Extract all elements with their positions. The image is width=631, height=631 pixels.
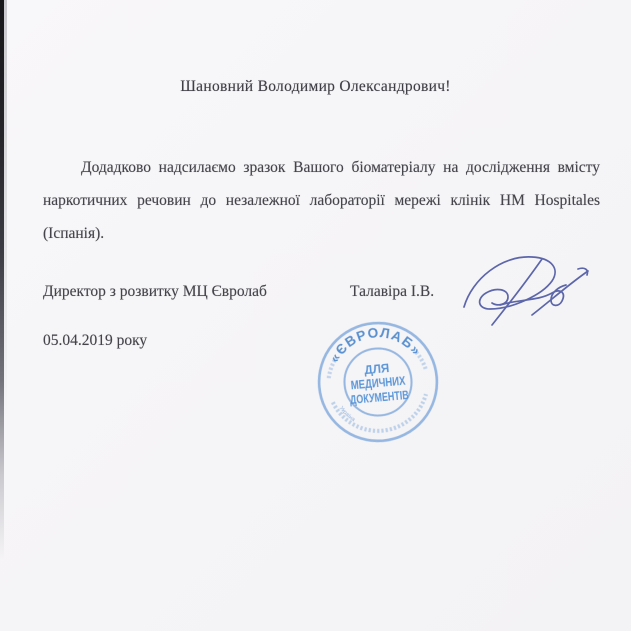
scan-edge-shadow-soft bbox=[4, 0, 7, 420]
stamp: «ЄВРОЛАБ» Україна ДЛЯ МЕДИЧНИХ ДОКУМЕНТІ… bbox=[308, 312, 449, 453]
stamp-center-line-1: ДЛЯ bbox=[364, 362, 390, 377]
letter-date: 05.04.2019 року bbox=[43, 332, 147, 350]
letter-salutation: Шановний Володимир Олександрович! bbox=[0, 78, 631, 96]
letter-body: Додадково надсилаємо зразок Вашого біома… bbox=[43, 151, 600, 250]
signer-name: Талавіра І.В. bbox=[350, 283, 434, 301]
signature-stroke-loop bbox=[464, 257, 555, 309]
signature-stroke-diagonal bbox=[492, 259, 542, 325]
body-line-2: наркотичних речовин до незалежної лабора… bbox=[43, 184, 600, 217]
signature-image bbox=[448, 243, 598, 343]
stamp-arc-text-group: «ЄВРОЛАБ» bbox=[324, 321, 425, 366]
scanned-letter-page: Шановний Володимир Олександрович! Додадк… bbox=[0, 0, 631, 631]
stamp-arc-text: «ЄВРОЛАБ» bbox=[324, 321, 425, 366]
signature-stroke-cross bbox=[532, 271, 588, 315]
body-line-1: Додадково надсилаємо зразок Вашого біома… bbox=[43, 151, 600, 184]
stamp-center-text: ДЛЯ МЕДИЧНИХ ДОКУМЕНТІВ bbox=[347, 360, 409, 406]
signer-title: Директор з розвитку МЦ Євролаб bbox=[43, 283, 267, 301]
